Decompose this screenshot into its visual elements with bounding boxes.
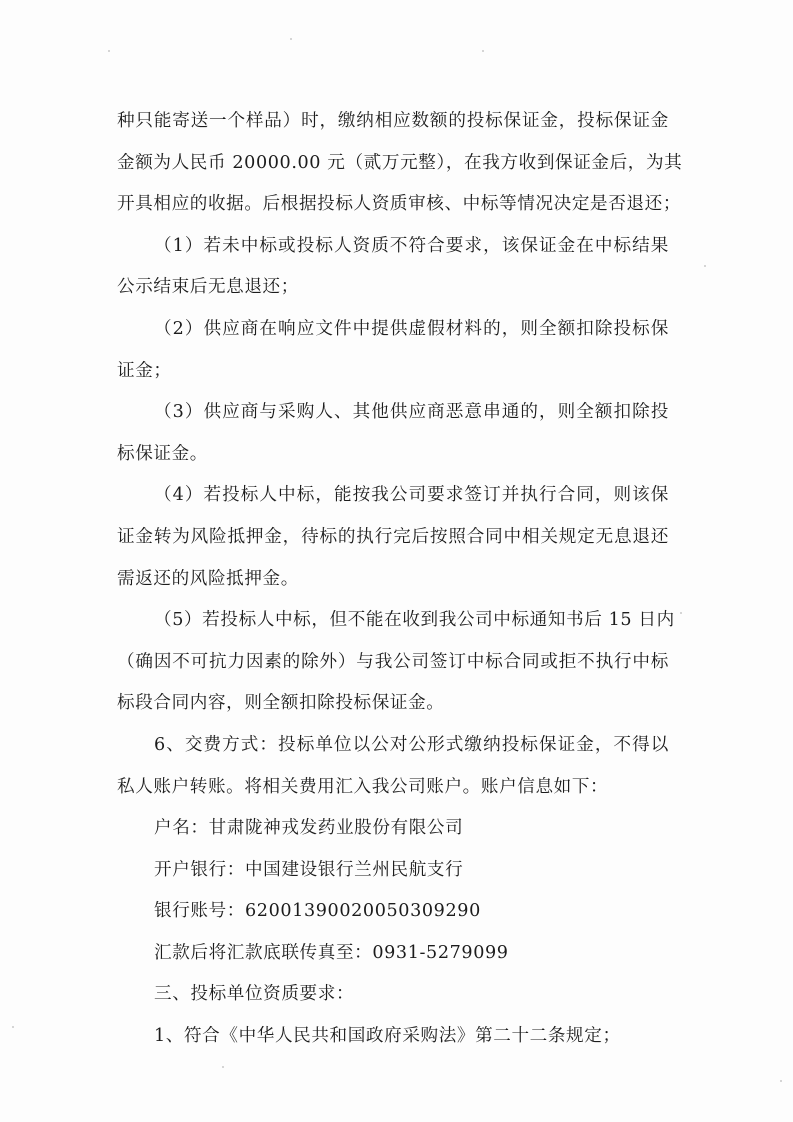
scan-speck — [482, 50, 484, 52]
text-line: （3）供应商与采购人、其他供应商恶意串通的，则全额扣除投 — [117, 392, 669, 434]
text-line: 私人账户转账。将相关费用汇入我公司账户。账户信息如下： — [117, 767, 669, 809]
text-line: （确因不可抗力因素的除外）与我公司签订中标合同或拒不执行中标 — [117, 642, 669, 684]
text-line: （1）若未中标或投标人资质不符合要求，该保证金在中标结果 — [117, 226, 669, 268]
text-line: （4）若投标人中标，能按我公司要求签订并执行合同，则该保 — [117, 475, 669, 517]
scan-speck — [780, 1080, 782, 1082]
fax-label: 汇款后将汇款底联传真至： — [154, 943, 372, 963]
paragraph-clause-4: （4）若投标人中标，能按我公司要求签订并执行合同，则该保 证金转为风险抵押金，待… — [117, 475, 669, 600]
fax-value: 0931-5279099 — [372, 943, 508, 963]
text-line: 标段合同内容，则全额扣除投标保证金。 — [117, 683, 669, 725]
paragraph-clause-5: （5）若投标人中标，但不能在收到我公司中标通知书后 15 日内 （确因不可抗力因… — [117, 600, 669, 725]
text-line: 证金转为风险抵押金，待标的执行完后按照合同中相关规定无息退还 — [117, 517, 669, 559]
text-line: 需返还的风险抵押金。 — [117, 559, 669, 601]
section-heading: 三、投标单位资质要求： — [117, 974, 669, 1016]
document-body: 种只能寄送一个样品）时，缴纳相应数额的投标保证金，投标保证金 金额为人民币 20… — [117, 101, 669, 1058]
account-bank-label: 开户银行： — [154, 860, 245, 880]
scan-speck — [12, 1026, 14, 1028]
text-line: 公示结束后无息退还； — [117, 267, 669, 309]
account-name-label: 户名： — [154, 818, 209, 838]
scan-speck — [222, 1066, 224, 1068]
account-number-row: 银行账号：62001390020050309290 — [117, 891, 669, 933]
text-line: 开具相应的收据。后根据投标人资质审核、中标等情况决定是否退还； — [117, 184, 669, 226]
requirement-item: 1、符合《中华人民共和国政府采购法》第二十二条规定； — [117, 1016, 669, 1058]
paragraph-clause-1: （1）若未中标或投标人资质不符合要求，该保证金在中标结果 公示结束后无息退还； — [117, 226, 669, 309]
scan-speck — [290, 38, 292, 40]
scan-speck — [108, 50, 110, 52]
paragraph-deposit-intro: 种只能寄送一个样品）时，缴纳相应数额的投标保证金，投标保证金 金额为人民币 20… — [117, 101, 669, 226]
fax-row: 汇款后将汇款底联传真至：0931-5279099 — [117, 933, 669, 975]
account-info: 户名：甘肃陇神戎发药业股份有限公司 开户银行：中国建设银行兰州民航支行 银行账号… — [117, 808, 669, 974]
text-line: （2）供应商在响应文件中提供虚假材料的，则全额扣除投标保 — [117, 309, 669, 351]
text-line: 种只能寄送一个样品）时，缴纳相应数额的投标保证金，投标保证金 — [117, 101, 669, 143]
text-line: 证金； — [117, 351, 669, 393]
text-line: 金额为人民币 20000.00 元（贰万元整），在我方收到保证金后，为其 — [117, 143, 669, 185]
scan-speck — [704, 265, 706, 267]
text-line: 6、交费方式：投标单位以公对公形式缴纳投标保证金，不得以 — [117, 725, 669, 767]
account-name-row: 户名：甘肃陇神戎发药业股份有限公司 — [117, 808, 669, 850]
section-qualification-requirements: 三、投标单位资质要求： 1、符合《中华人民共和国政府采购法》第二十二条规定； — [117, 974, 669, 1057]
account-number-value: 62001390020050309290 — [245, 901, 481, 921]
text-line: （5）若投标人中标，但不能在收到我公司中标通知书后 15 日内 — [117, 600, 669, 642]
paragraph-clause-3: （3）供应商与采购人、其他供应商恶意串通的，则全额扣除投 标保证金。 — [117, 392, 669, 475]
account-name-value: 甘肃陇神戎发药业股份有限公司 — [209, 818, 464, 838]
paragraph-payment-method: 6、交费方式：投标单位以公对公形式缴纳投标保证金，不得以 私人账户转账。将相关费… — [117, 725, 669, 808]
scanned-document-page: 种只能寄送一个样品）时，缴纳相应数额的投标保证金，投标保证金 金额为人民币 20… — [0, 0, 793, 1122]
text-line: 标保证金。 — [117, 434, 669, 476]
account-bank-row: 开户银行：中国建设银行兰州民航支行 — [117, 850, 669, 892]
scan-speck — [680, 612, 682, 614]
account-bank-value: 中国建设银行兰州民航支行 — [245, 860, 463, 880]
account-number-label: 银行账号： — [154, 901, 245, 921]
paragraph-clause-2: （2）供应商在响应文件中提供虚假材料的，则全额扣除投标保 证金； — [117, 309, 669, 392]
